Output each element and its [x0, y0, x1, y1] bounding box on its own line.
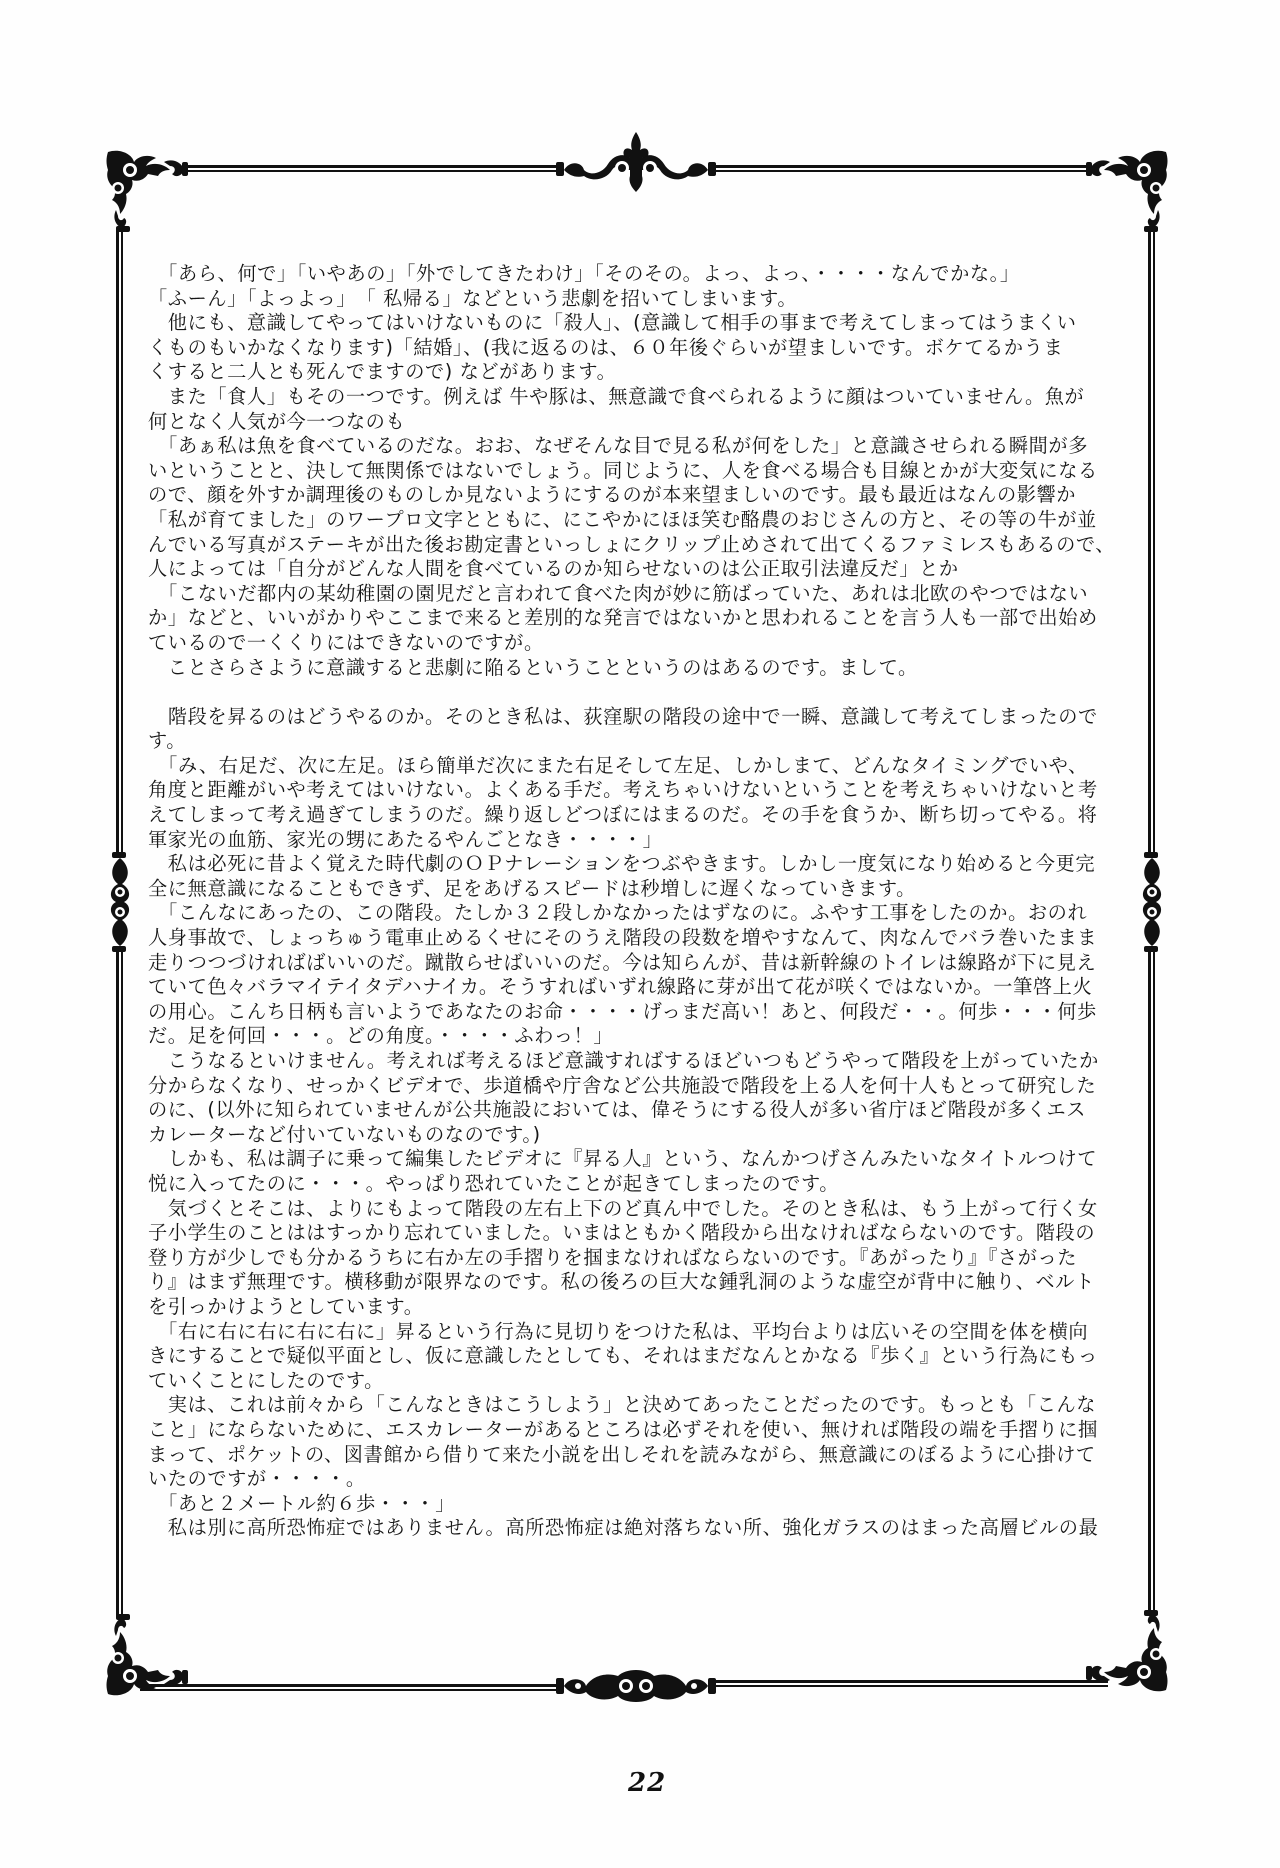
text-line: 人によっては「自分がどんな人間を食べているのか知らせないのは公正取引法違反だ」と… — [148, 557, 1138, 582]
border-left-upper-rail — [116, 228, 123, 856]
border-right-lower-rail — [1148, 948, 1155, 1616]
corner-ornament-bottom-right-icon — [1086, 1610, 1170, 1694]
text-line: 私は必死に昔よく覚えた時代劇のＯＰナレーションをつぶやきます。しかし一度気になり… — [148, 852, 1138, 877]
border-right-upper-rail — [1148, 228, 1155, 856]
text-line: 走りつつづければばいいのだ。蹴散らせばいいのだ。今は知らんが、昔は新幹線のトイレ… — [148, 951, 1138, 976]
document-page: 「あら、何で」「いやあの」「外でしてきたわけ」「そのその。よっ、よっ、・・・・な… — [0, 0, 1280, 1868]
body-text: 「あら、何で」「いやあの」「外でしてきたわけ」「そのその。よっ、よっ、・・・・な… — [148, 262, 1138, 1541]
text-line: くものもいかなくなります)「結婚」、(我に返るのは、６０年後ぐらいが望ましいです… — [148, 336, 1138, 361]
text-line: きにすることで疑似平面とし、仮に意識したとしても、それはまだなんとかなる『歩く』… — [148, 1344, 1138, 1369]
text-line: えてしまって考え過ぎてしまうのだ。繰り返しどつぼにはまるのだ。その手を食うか、断… — [148, 803, 1138, 828]
text-line: す。 — [148, 729, 1138, 754]
left-mid-flourish-icon — [100, 852, 140, 952]
page-number: 22 — [628, 1768, 666, 1798]
corner-ornament-top-left-icon — [104, 148, 188, 232]
text-line: 登り方が少しでも分かるうちに右か左の手摺りを掴まなければならないのです。『あがっ… — [148, 1246, 1138, 1271]
text-line: 気づくとそこは、よりにもよって階段の左右上下のど真ん中でした。そのとき私は、もう… — [148, 1197, 1138, 1222]
text-line: ていくことにしたのです。 — [148, 1369, 1138, 1394]
text-line: しかも、私は調子に乗って編集したビデオに『昇る人』という、なんかつげさんみたいな… — [148, 1147, 1138, 1172]
text-line: 「み、右足だ、次に左足。ほら簡単だ次にまた右足そして左足、しかしまて、どんなタイ… — [148, 754, 1138, 779]
text-line: いということと、決して無関係ではないでしょう。同じように、人を食べる場合も目線と… — [148, 459, 1138, 484]
text-line: か」などと、いいがかりやここまで来ると差別的な発言ではないかと思われることを言う… — [148, 606, 1138, 631]
text-line: 階段を昇るのはどうやるのか。そのとき私は、荻窪駅の階段の途中で一瞬、意識して考え… — [148, 705, 1138, 730]
border-bottom-right-rail — [712, 1680, 1108, 1687]
right-mid-flourish-icon — [1132, 852, 1172, 952]
text-line: 子小学生のことははすっかり忘れていました。いまはともかく階段から出なければならな… — [148, 1221, 1138, 1246]
text-line: を引っかけようとしています。 — [148, 1295, 1138, 1320]
text-line: 「私が育てました」のワープロ文字とともに、にこやかにほほ笑む酪農のおじさんの方と… — [148, 508, 1138, 533]
text-line: また「食人」もその一つです。例えば 牛や豚は、無意識で食べられるように顔はついて… — [148, 385, 1138, 410]
border-top-left-rail — [184, 165, 560, 172]
blank-line — [148, 680, 1138, 705]
text-line: んでいる写真がステーキが出た後お勘定書といっしょにクリップ止めされて出てくるファ… — [148, 533, 1138, 558]
text-line: くすると二人とも死んでますので) などがあります。 — [148, 360, 1138, 385]
top-center-flourish-icon — [556, 130, 716, 194]
text-line: 何となく人気が今一つなのも — [148, 410, 1138, 435]
text-line: 「右に右に右に右に右に」昇るという行為に見切りをつけた私は、平均台よりは広いその… — [148, 1320, 1138, 1345]
border-left-lower-rail — [116, 948, 123, 1616]
text-line: 「あら、何で」「いやあの」「外でしてきたわけ」「そのその。よっ、よっ、・・・・な… — [148, 262, 1138, 287]
text-line: ので、顔を外すか調理後のものしか見ないようにするのが本来望ましいのです。最も最近… — [148, 483, 1138, 508]
text-line: のに、(以外に知られていませんが公共施設においては、偉そうにする役人が多い省庁ほ… — [148, 1098, 1138, 1123]
bottom-center-flourish-icon — [556, 1664, 716, 1708]
corner-ornament-bottom-left-icon — [104, 1614, 188, 1698]
text-line: だ。足を何回・・・。どの角度。・・・・ふわっ！」 — [148, 1024, 1138, 1049]
text-line: 軍家光の血筋、家光の甥にあたるやんごとなき・・・・」 — [148, 828, 1138, 853]
text-line: こと」にならないために、エスカレーターがあるところは必ずそれを使い、無ければ階段… — [148, 1418, 1138, 1443]
text-line: 「こないだ都内の某幼稚園の園児だと言われて食べた肉が妙に筋ばっていた、あれは北欧… — [148, 582, 1138, 607]
text-line: ていて色々バラマイテイタデハナイカ。そうすればいずれ線路に芽が出て花が咲くではな… — [148, 975, 1138, 1000]
text-line: 「ふーん」「よっよっ」 「 私帰る」などという悲劇を招いてしまいます。 — [148, 287, 1138, 312]
text-line: いたのですが・・・・。 — [148, 1467, 1138, 1492]
text-line: 角度と距離がいや考えてはいけない。よくある手だ。考えちゃいけないということを考え… — [148, 778, 1138, 803]
text-line: 分からなくなり、せっかくビデオで、歩道橋や庁舎など公共施設で階段を上る人を何十人… — [148, 1074, 1138, 1099]
text-line: まって、ポケットの、図書館から借りて来た小説を出しそれを読みながら、無意識にのぼ… — [148, 1443, 1138, 1468]
text-line: 人身事故で、しょっちゅう電車止めるくせにそのうえ階段の段数を増やすなんて、肉なん… — [148, 926, 1138, 951]
border-top-right-rail — [712, 165, 1092, 172]
text-line: り』はまず無理です。横移動が限界なのです。私の後ろの巨大な鍾乳洞のような虚空が背… — [148, 1270, 1138, 1295]
text-line: の用心。こんち日柄も言いようであなたのお命・・・・げっまだ高い！あと、何段だ・・… — [148, 1000, 1138, 1025]
text-line: ているので一くくりにはできないのですが。 — [148, 631, 1138, 656]
text-line: ことさらさように意識すると悲劇に陥るということというのはあるのです。まして。 — [148, 656, 1138, 681]
text-line: 私は別に高所恐怖症ではありません。高所恐怖症は絶対落ちない所、強化ガラスのはまっ… — [148, 1516, 1138, 1541]
text-line: 他にも、意識してやってはいけないものに「殺人」、(意識して相手の事まで考えてしま… — [148, 311, 1138, 336]
text-line: 実は、これは前々から「こんなときはこうしよう」と決めてあったことだったのです。も… — [148, 1393, 1138, 1418]
text-line: カレーターなど付いていないものなのです。) — [148, 1123, 1138, 1148]
text-line: 全に無意識になることもできず、足をあげるスピードは秒増しに遅くなっていきます。 — [148, 877, 1138, 902]
text-line: 「あぁ私は魚を食べているのだな。おお、なぜそんな目で見る私が何をした」と意識させ… — [148, 434, 1138, 459]
text-line: 悦に入ってたのに・・・。やっぱり恐れていたことが起きてしまったのです。 — [148, 1172, 1138, 1197]
text-line: 「こんなにあったの、この階段。たしか３２段しかなかったはずなのに。ふやす工事をし… — [148, 901, 1138, 926]
border-bottom-left-rail — [140, 1684, 560, 1691]
text-line: こうなるといけません。考えれば考えるほど意識すればするほどいつもどうやって階段を… — [148, 1049, 1138, 1074]
text-line: 「あと２メートル約６歩・・・」 — [148, 1492, 1138, 1517]
corner-ornament-top-right-icon — [1086, 148, 1170, 232]
